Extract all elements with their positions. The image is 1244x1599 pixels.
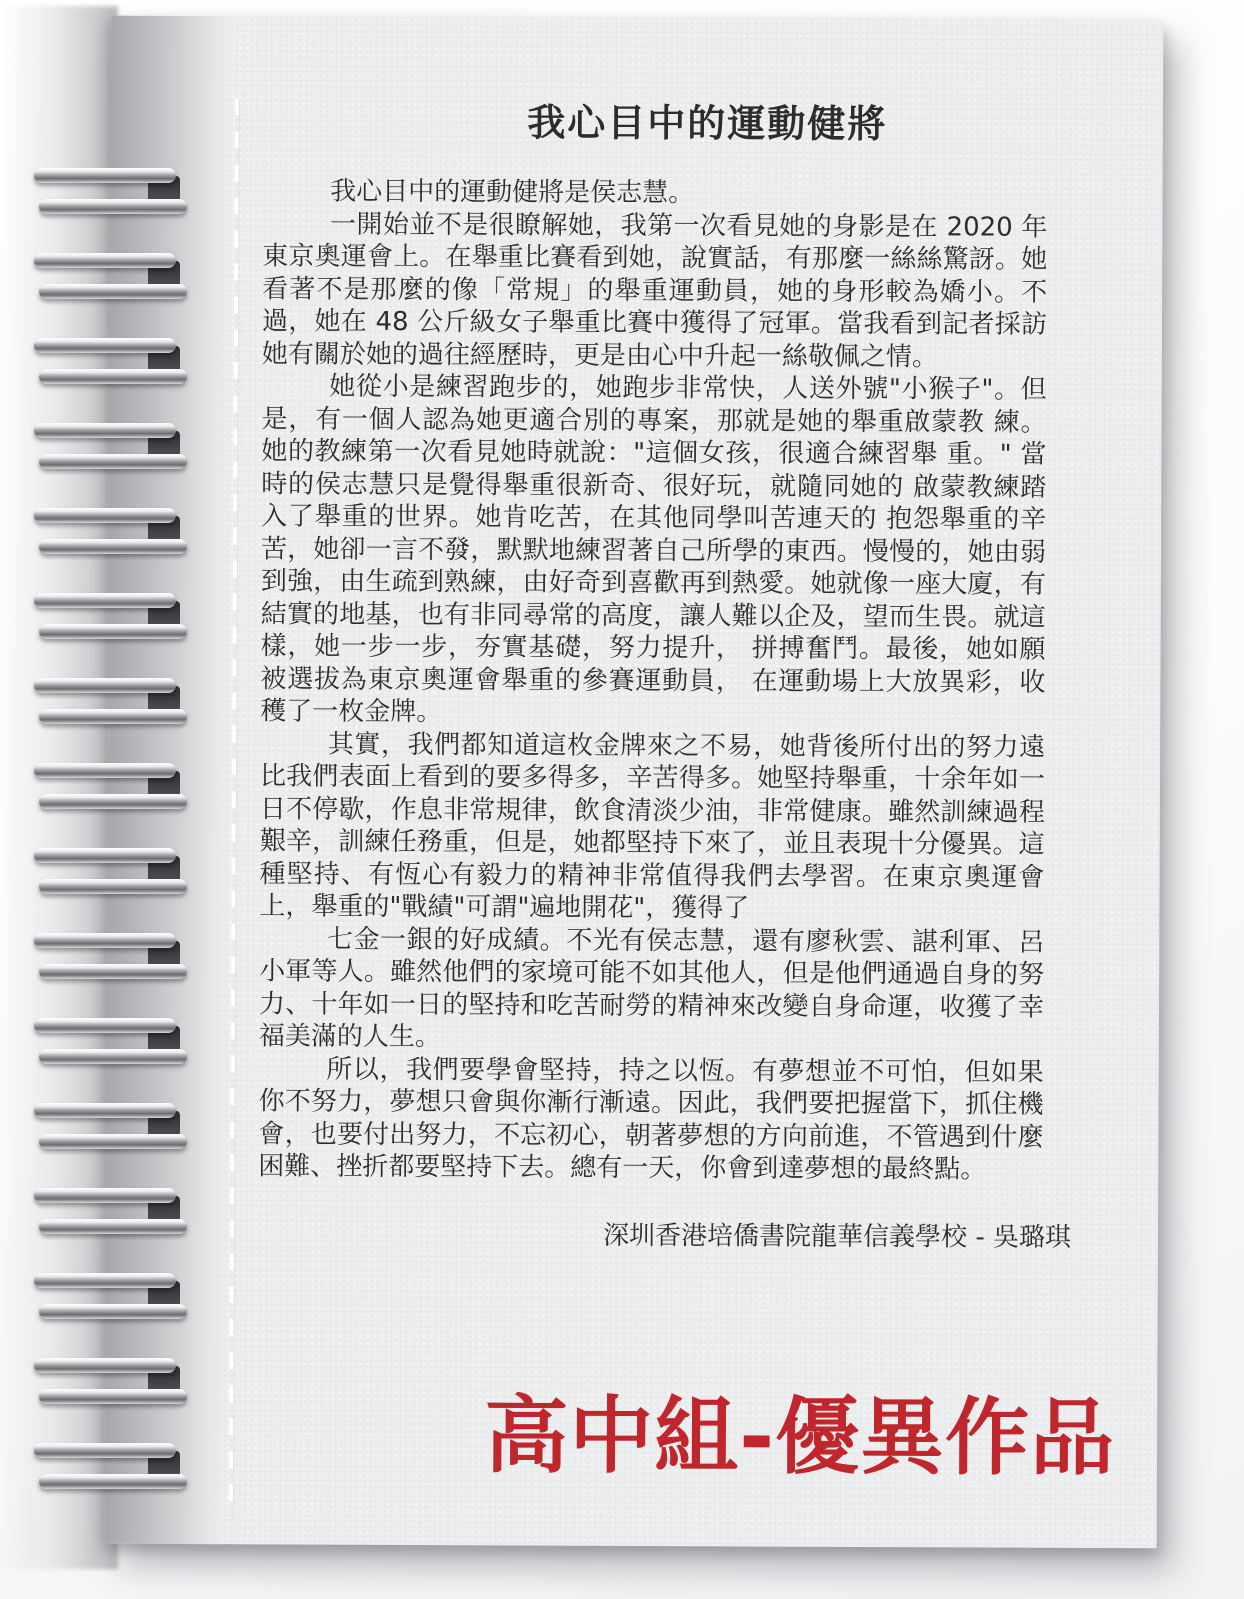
spiral-ring-icon [34, 593, 186, 640]
spiral-ring-icon [34, 423, 186, 470]
ring-bar [34, 933, 176, 948]
ring-bar [34, 1443, 176, 1458]
author-signature: 深圳香港培僑書院龍華信義學校 - 吳璐琪 [258, 1213, 1071, 1254]
ring-bar [39, 199, 187, 214]
ring-bar [39, 369, 187, 384]
notebook-page: 我心目中的運動健將 我心目中的運動健將是侯志慧。 一開始並不是很瞭解她，我第一次… [105, 16, 1164, 1549]
ring-bar [34, 1273, 176, 1288]
essay-paragraph: 其實，我們都知道這枚金牌來之不易，她背後所付出的努力遠比我們表面上看到的要多得多… [259, 728, 1045, 926]
ring-bar [39, 964, 187, 979]
award-stamp: 高中組-優異作品 [484, 1368, 1115, 1492]
spiral-ring-icon [34, 1103, 186, 1150]
spiral-ring-icon [34, 168, 186, 215]
spiral-ring-icon [34, 1443, 186, 1490]
ring-bar [39, 624, 187, 639]
ring-bar [34, 1188, 176, 1203]
ring-bar [34, 508, 176, 523]
spiral-ring-icon [34, 1358, 186, 1405]
essay-content: 我心目中的運動健將 我心目中的運動健將是侯志慧。 一開始並不是很瞭解她，我第一次… [258, 90, 1048, 1253]
spiral-ring-icon [34, 253, 186, 300]
spiral-ring-icon [34, 508, 186, 555]
ring-bar [34, 593, 176, 608]
ring-bar [39, 1134, 187, 1149]
ring-bar [34, 338, 176, 353]
ring-bar [39, 1219, 187, 1234]
essay-paragraph: 一開始並不是很瞭解她，我第一次看見她的身影是在 2020 年東京奧運會上。在舉重… [262, 208, 1048, 374]
ring-bar [39, 454, 187, 469]
ring-bar [39, 879, 187, 894]
ring-bar [34, 678, 176, 693]
essay-title: 我心目中的運動健將 [315, 91, 1100, 149]
spiral-binding [34, 168, 186, 1528]
spiral-ring-icon [34, 1018, 186, 1065]
ring-bar [34, 1358, 176, 1373]
spiral-ring-icon [34, 933, 186, 980]
spiral-ring-icon [34, 763, 186, 810]
ring-bar [39, 794, 187, 809]
ring-bar [39, 1304, 187, 1319]
ring-bar [39, 1049, 187, 1064]
spiral-ring-icon [34, 1273, 186, 1320]
essay-paragraph: 她從小是練習跑步的，她跑步非常快，人送外號"小猴子"。但是，有一個人認為她更適合… [260, 370, 1047, 731]
ring-bar [39, 539, 187, 554]
essay-paragraph: 我心目中的運動健將是侯志慧。 [263, 175, 1048, 211]
ring-bar [34, 763, 176, 778]
spiral-ring-icon [34, 1188, 186, 1235]
ring-bar [34, 1018, 176, 1033]
ring-bar [39, 284, 187, 299]
essay-body: 我心目中的運動健將是侯志慧。 一開始並不是很瞭解她，我第一次看見她的身影是在 2… [258, 175, 1047, 1186]
ring-bar [34, 168, 176, 183]
ring-bar [34, 1103, 176, 1118]
ring-bar [39, 1474, 187, 1489]
ring-bar [34, 253, 176, 268]
essay-paragraph: 七金一銀的好成績。不光有侯志慧，還有廖秋雲、諶利軍、呂小軍等人。雖然他們的家境可… [259, 923, 1045, 1056]
ring-bar [39, 709, 187, 724]
spiral-ring-icon [34, 338, 186, 385]
spiral-ring-icon [34, 678, 186, 725]
ring-bar [34, 423, 176, 438]
essay-paragraph: 所以，我們要學會堅持，持之以恆。有夢想並不可怕，但如果你不努力，夢想只會與你漸行… [258, 1053, 1044, 1186]
ring-bar [34, 848, 176, 863]
ring-bar [39, 1389, 187, 1404]
spiral-ring-icon [34, 848, 186, 895]
